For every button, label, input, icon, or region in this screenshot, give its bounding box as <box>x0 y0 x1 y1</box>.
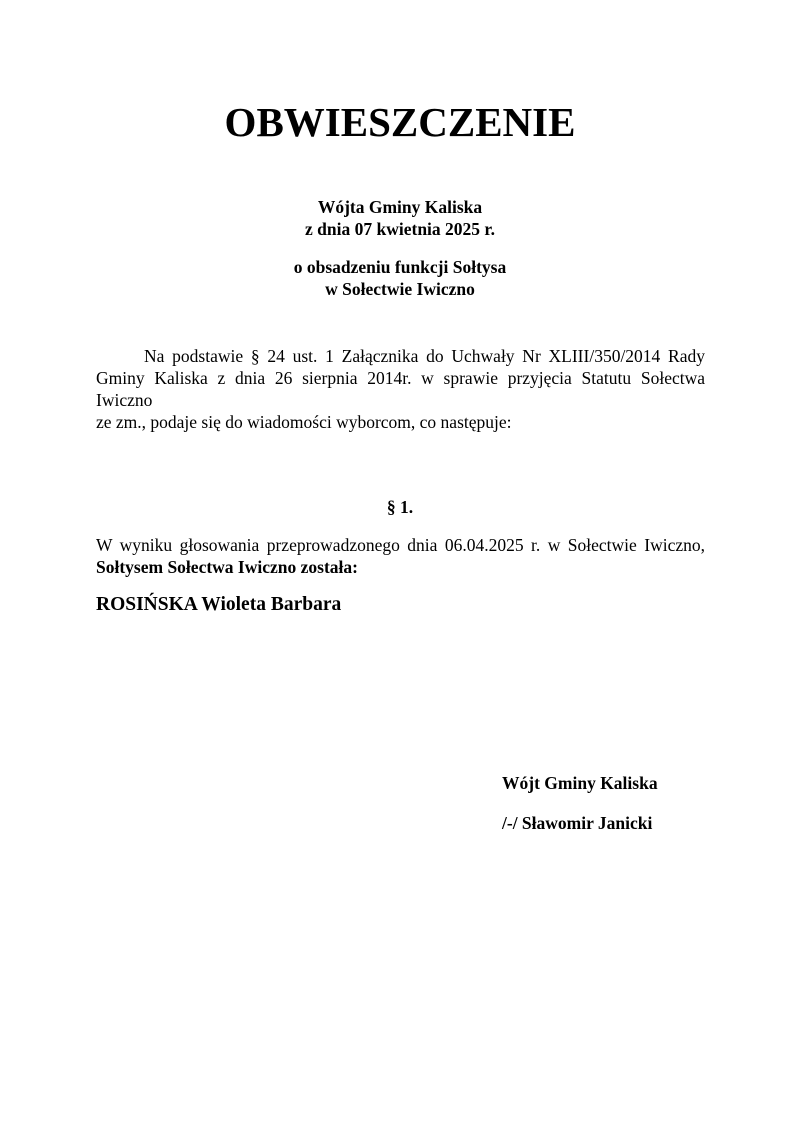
preamble-paragraph: Na podstawie § 24 ust. 1 Załącznika do U… <box>96 345 705 433</box>
subject-line-1: o obsadzeniu funkcji Sołtysa <box>0 256 800 278</box>
issue-date: z dnia 07 kwietnia 2025 r. <box>0 218 800 240</box>
signature-name: /-/ Sławomir Janicki <box>502 812 652 834</box>
section-heading: § 1. <box>0 496 800 518</box>
issuer-block: Wójta Gminy Kaliska z dnia 07 kwietnia 2… <box>0 196 800 240</box>
subject-block: o obsadzeniu funkcji Sołtysa w Sołectwie… <box>0 256 800 300</box>
result-line-1: W wyniku głosowania przeprowadzonego dni… <box>96 534 705 556</box>
elected-person-name: ROSIŃSKA Wioleta Barbara <box>96 593 341 617</box>
result-paragraph: W wyniku głosowania przeprowadzonego dni… <box>96 534 705 578</box>
signature-title: Wójt Gminy Kaliska <box>502 772 658 794</box>
document-title: OBWIESZCZENIE <box>0 98 800 146</box>
preamble-line-2: Gminy Kaliska z dnia 26 sierpnia 2014r. … <box>96 367 705 411</box>
document-page: OBWIESZCZENIE Wójta Gminy Kaliska z dnia… <box>0 0 800 1131</box>
subject-line-2: w Sołectwie Iwiczno <box>0 278 800 300</box>
issuer-name: Wójta Gminy Kaliska <box>0 196 800 218</box>
result-line-2: Sołtysem Sołectwa Iwiczno została: <box>96 556 705 578</box>
preamble-line-1: Na podstawie § 24 ust. 1 Załącznika do U… <box>96 345 705 367</box>
preamble-line-3: ze zm., podaje się do wiadomości wyborco… <box>96 411 705 433</box>
